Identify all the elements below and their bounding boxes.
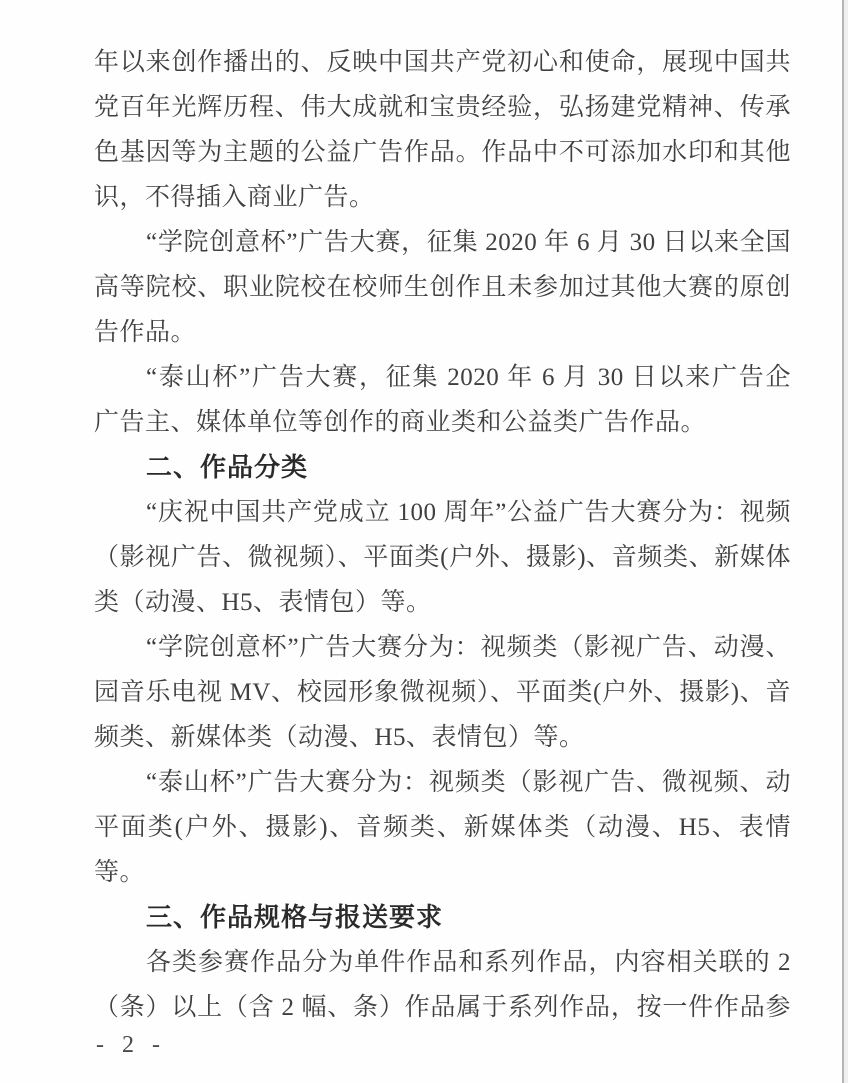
scan-edge-line xyxy=(842,0,844,1083)
text-line: 等。 xyxy=(94,850,791,895)
text-line: “泰山杯”广告大赛分为：视频类（影视广告、微视频、动画）、 xyxy=(94,760,791,805)
text-line: 识，不得插入商业广告。 xyxy=(94,175,791,220)
section-heading-2: 二、作品分类 xyxy=(94,445,791,490)
section-heading-3: 三、作品规格与报送要求 xyxy=(94,895,791,940)
text-line: （影视广告、微视频）、平面类(户外、摄影)、音频类、新媒体 xyxy=(94,535,791,580)
text-line: 各类参赛作品分为单件作品和系列作品，内容相关联的 2 幅 xyxy=(94,940,791,985)
text-line: 频类、新媒体类（动漫、H5、表情包）等。 xyxy=(94,715,791,760)
text-line: “学院创意杯”广告大赛分为：视频类（影视广告、动漫、校 xyxy=(94,625,791,670)
text-line: （条）以上（含 2 幅、条）作品属于系列作品，按一件作品参加 xyxy=(94,985,791,1030)
scan-edge-strip xyxy=(844,0,848,1083)
text-line: 色基因等为主题的公益广告作品。作品中不可添加水印和其他标 xyxy=(94,130,791,175)
text-line: 党百年光辉历程、伟大成就和宝贵经验，弘扬建党精神、传承红 xyxy=(94,85,791,130)
text-line: 高等院校、职业院校在校师生创作且未参加过其他大赛的原创广 xyxy=(94,265,791,310)
text-line: “学院创意杯”广告大赛，征集 2020 年 6 月 30 日以来全国各 xyxy=(94,220,791,265)
document-page: 年以来创作播出的、反映中国共产党初心和使命，展现中国共产 党百年光辉历程、伟大成… xyxy=(0,0,848,1083)
text-line: 园音乐电视 MV、校园形象微视频）、平面类(户外、摄影)、音 xyxy=(94,670,791,715)
page-number: - 2 - xyxy=(96,1028,166,1062)
text-line: 年以来创作播出的、反映中国共产党初心和使命，展现中国共产 xyxy=(94,40,791,85)
text-line: “庆祝中国共产党成立 100 周年”公益广告大赛分为：视频类 xyxy=(94,490,791,535)
text-line: 广告主、媒体单位等创作的商业类和公益类广告作品。 xyxy=(94,400,791,445)
document-text-block: 年以来创作播出的、反映中国共产党初心和使命，展现中国共产 党百年光辉历程、伟大成… xyxy=(94,40,791,1030)
text-line: “泰山杯”广告大赛，征集 2020 年 6 月 30 日以来广告企业、 xyxy=(94,355,791,400)
text-line: 类（动漫、H5、表情包）等。 xyxy=(94,580,791,625)
text-line: 平面类(户外、摄影)、音频类、新媒体类（动漫、H5、表情包） xyxy=(94,805,791,850)
text-line: 告作品。 xyxy=(94,310,791,355)
